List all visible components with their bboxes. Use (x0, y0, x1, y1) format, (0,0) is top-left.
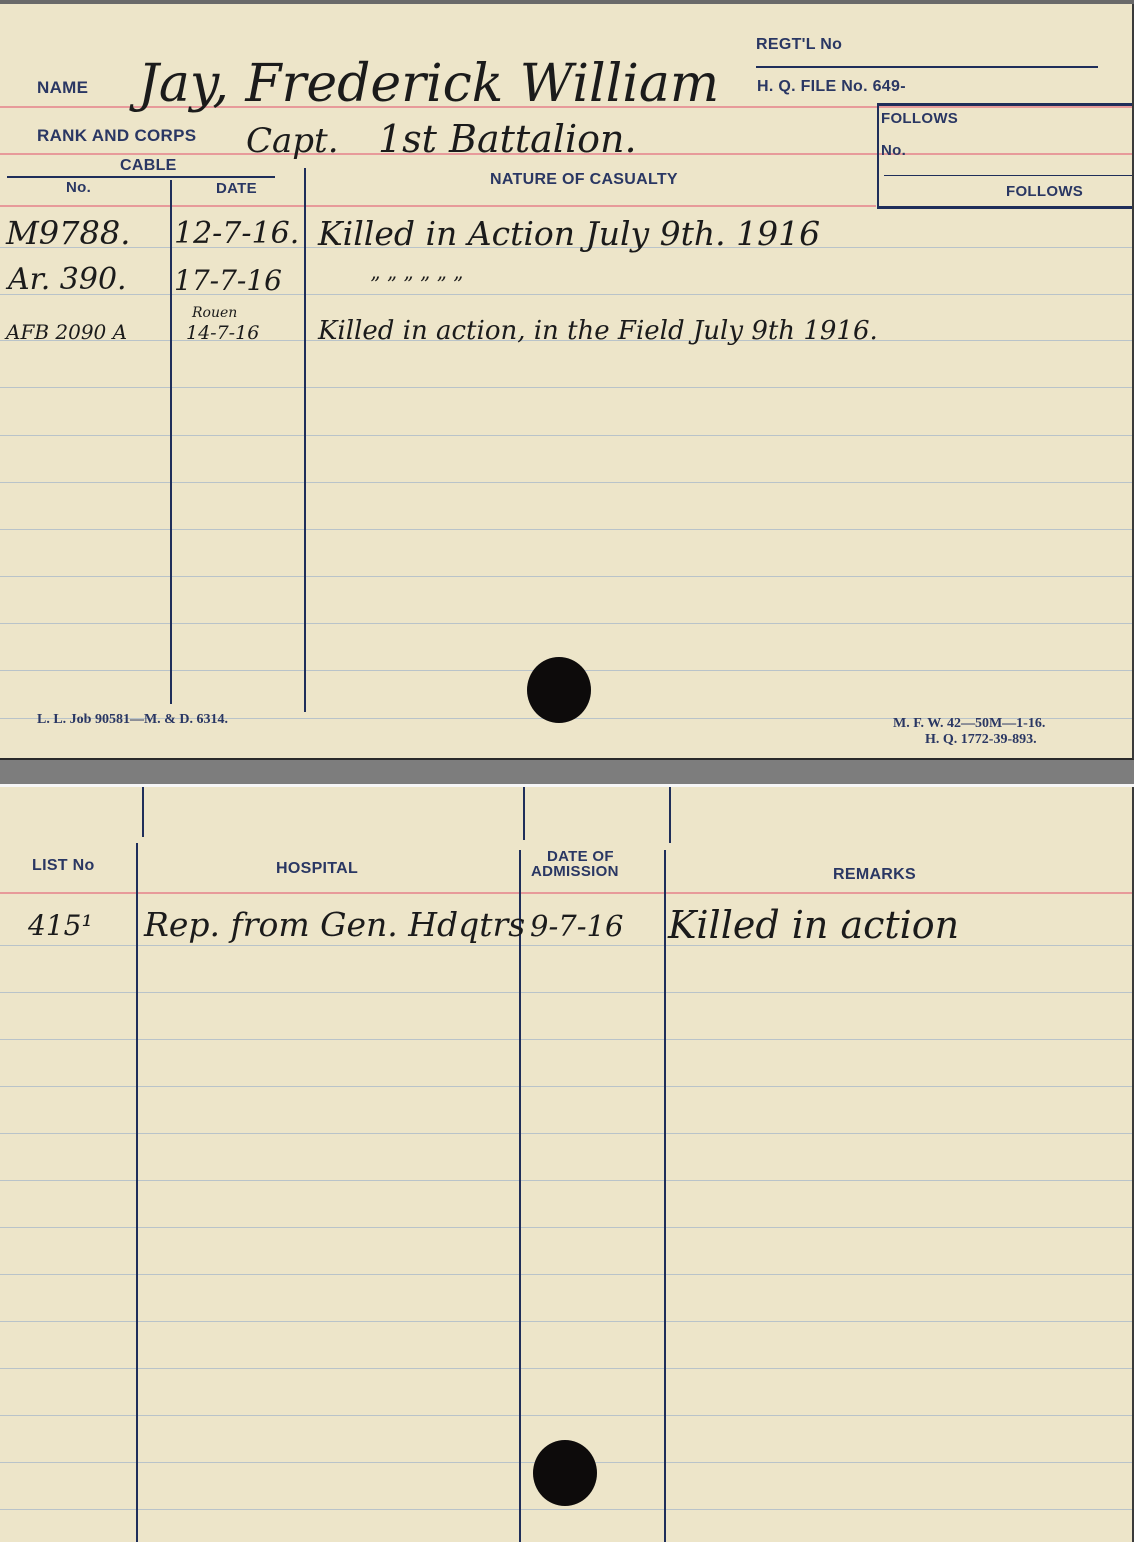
cable-date-label: DATE (216, 180, 257, 197)
regtl-no-label: REGT'L No (756, 36, 842, 54)
casualty-card-back: LIST No HOSPITAL DATE OF ADMISSION REMAR… (0, 787, 1134, 1542)
nature-of-casualty-label: NATURE OF CASUALTY (490, 171, 678, 189)
name-label: NAME (37, 78, 88, 98)
entry-3-date-note: Rouen (192, 305, 237, 321)
follows-box-top-border (877, 103, 1132, 106)
entry-3-casualty: Killed in action, in the Field July 9th … (318, 316, 878, 346)
cable-no-label: No. (66, 179, 91, 196)
entry-1-date: 12-7-16. (174, 216, 299, 251)
hospital-value: Rep. from Gen. Hdqtrs (144, 905, 525, 944)
entry-2-date: 17-7-16 (174, 264, 282, 297)
ruled-line (0, 992, 1132, 993)
hq-file-no-label: H. Q. FILE No. 649- (757, 78, 906, 96)
footer-right-print-line1: M. F. W. 42—50M—1-16. (893, 716, 1045, 732)
ruled-line (0, 1509, 1132, 1510)
rank-value: Capt. (246, 121, 339, 161)
name-value: Jay, Frederick William (138, 54, 719, 114)
column-divider-hospital-date (519, 850, 521, 1542)
corps-value: 1st Battalion. (378, 117, 637, 161)
follows-box-left-border (877, 103, 879, 209)
follows-divider (884, 175, 1132, 176)
follows-box-bottom-border (877, 206, 1132, 209)
cable-underline (7, 176, 275, 178)
rank-and-corps-label: RANK AND CORPS (37, 126, 196, 146)
entry-2-no: Ar. 390. (8, 262, 127, 297)
regtl-no-underline (756, 66, 1098, 68)
date-of-admission-header-line2: ADMISSION (531, 863, 619, 880)
ruled-line (0, 1368, 1132, 1369)
footer-left-print: L. L. Job 90581—M. & D. 6314. (37, 712, 228, 728)
column-divider-no-date (170, 180, 172, 704)
ruled-line (0, 1415, 1132, 1416)
hospital-header: HOSPITAL (276, 860, 358, 878)
entry-3-date: 14-7-16 (186, 322, 259, 344)
follows-no-label-top: FOLLOWS (881, 110, 958, 127)
cable-label: CABLE (120, 157, 177, 175)
footer-right-print-line2: H. Q. 1772-39-893. (925, 732, 1037, 748)
follows-label: FOLLOWS (1006, 183, 1083, 200)
ruled-line (0, 1180, 1132, 1181)
column-divider-list-hospital (136, 843, 138, 1542)
ruled-line (0, 1227, 1132, 1228)
punch-hole (527, 657, 591, 723)
ruled-line (0, 1133, 1132, 1134)
column-divider-top-stub (523, 787, 525, 840)
column-divider-top-stub (142, 787, 144, 837)
red-rule (0, 892, 1132, 894)
punch-hole (533, 1440, 597, 1506)
entry-2-casualty-ditto: ” ” ” ” ” ” (370, 272, 463, 296)
column-divider-top-stub (669, 787, 671, 843)
ruled-line (0, 1274, 1132, 1275)
list-no-value: 415¹ (28, 909, 93, 942)
ruled-line (0, 1039, 1132, 1040)
remarks-header: REMARKS (833, 866, 916, 884)
casualty-card-front: NAME RANK AND CORPS REGT'L No H. Q. FILE… (0, 4, 1134, 760)
remarks-value: Killed in action (668, 903, 959, 947)
list-no-header: LIST No (32, 857, 95, 875)
follows-no-label-bottom: No. (881, 142, 906, 159)
entry-3-no: AFB 2090 A (6, 320, 127, 344)
ruled-line (0, 1321, 1132, 1322)
red-rule (0, 205, 876, 207)
entry-1-no: M9788. (6, 214, 130, 252)
ruled-line (0, 945, 1132, 946)
column-divider-date-nature (304, 168, 306, 712)
entry-1-casualty: Killed in Action July 9th. 1916 (318, 214, 820, 253)
ruled-line (0, 1086, 1132, 1087)
column-divider-date-remarks (664, 850, 666, 1542)
date-of-admission-value: 9-7-16 (530, 909, 623, 943)
